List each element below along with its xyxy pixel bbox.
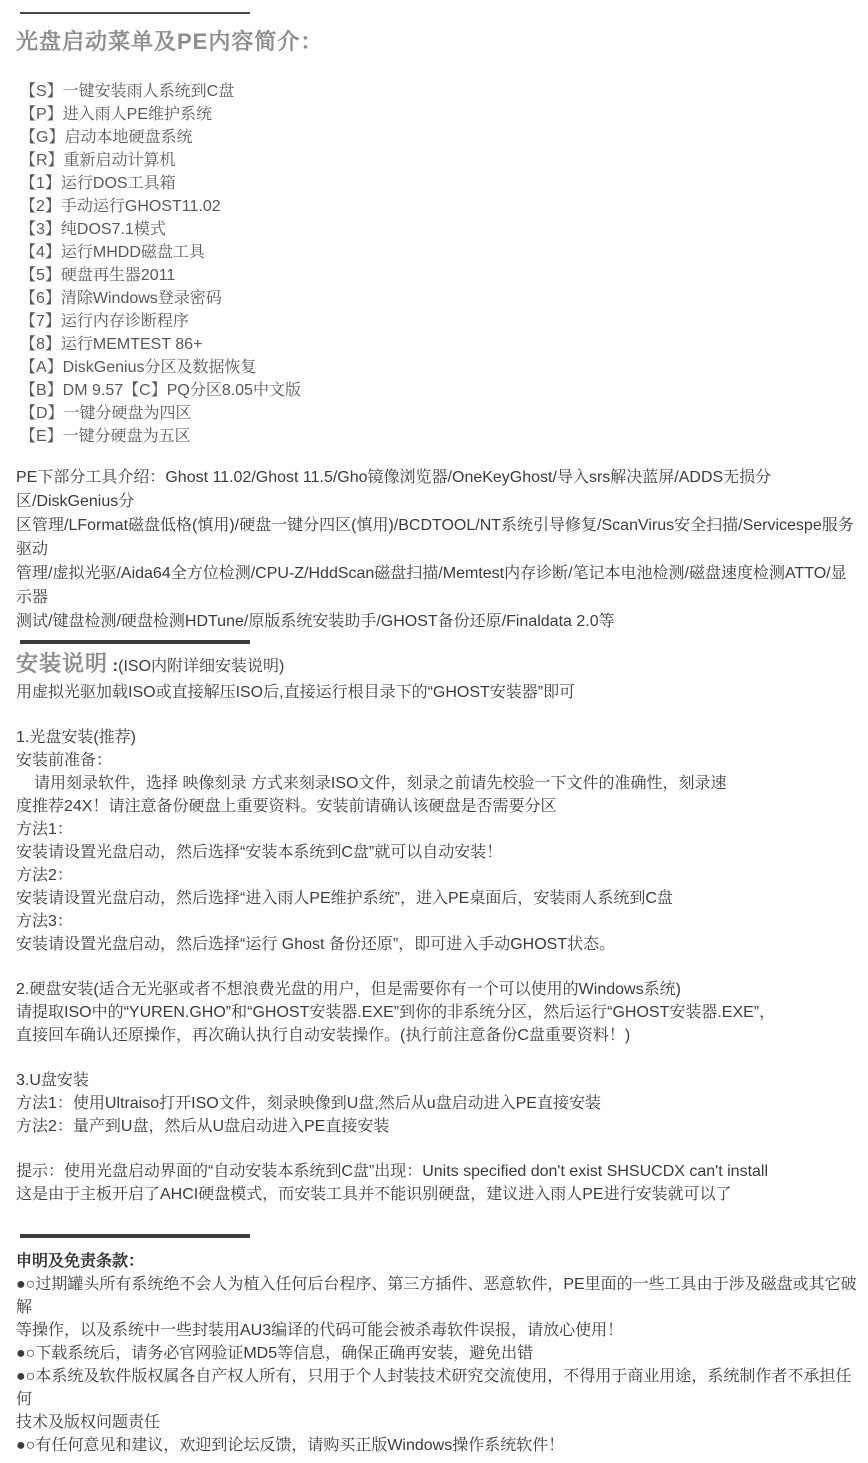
cd-install-method-line: 安装请设置光盘启动，然后选择“运行 Ghost 备份还原”，即可进入手动GHOS… (16, 933, 858, 956)
hdd-install-line: 请提取ISO中的“YUREN.GHO”和“GHOST安装器.EXE”到你的非系统… (16, 1001, 858, 1024)
install-heading-row: 安装说明 :(ISO内附详细安装说明) (16, 650, 858, 681)
readme-page: 光盘启动菜单及PE内容简介： 【S】一键安装雨人系统到C盘 【P】进入雨人PE维… (0, 0, 868, 1463)
hdd-install-line: 直接回车确认还原操作，再次确认执行自动安装操作。(执行前注意备份C盘重要资料！) (16, 1024, 858, 1047)
disclaimer-heading: 申明及免责条款： (16, 1250, 858, 1273)
boot-menu-item: 【G】启动本地硬盘系统 (20, 126, 858, 149)
boot-menu-item: 【B】DM 9.57【C】PQ分区8.05中文版 (20, 379, 858, 402)
install-heading: 安装说明 (16, 651, 108, 676)
install-divider (20, 640, 250, 644)
pe-tools-line: 区管理/LFormat磁盘低格(慎用)/硬盘一键分四区(慎用)/BCDTOOL/… (16, 514, 858, 562)
cd-install-method-line: 安装请设置光盘启动，然后选择“安装本系统到C盘”就可以自动安装！ (16, 841, 858, 864)
disclaimer-line: 等操作，以及系统中一些封装用AU3编译的代码可能会被杀毒软件误报，请放心使用！ (16, 1319, 858, 1342)
usb-install-method-line: 方法2：量产到U盘，然后从U盘启动进入PE直接安装 (16, 1115, 858, 1138)
boot-menu-item: 【R】重新启动计算机 (20, 149, 858, 172)
usb-install-title: 3.U盘安装 (16, 1069, 858, 1092)
boot-menu-item: 【3】纯DOS7.1模式 (20, 218, 858, 241)
disclaimer-line: 技术及版权问题责任 (16, 1411, 858, 1434)
boot-menu-item: 【8】运行MEMTEST 86+ (20, 333, 858, 356)
boot-menu-item: 【E】一键分硬盘为五区 (20, 425, 858, 448)
boot-menu-item: 【5】硬盘再生器2011 (20, 264, 858, 287)
boot-menu-item: 【4】运行MHDD磁盘工具 (20, 241, 858, 264)
install-heading-note: (ISO内附详细安装说明) (118, 658, 284, 675)
hdd-install-title: 2.硬盘安装(适合无光驱或者不想浪费光盘的用户，但是需要你有一个可以使用的Win… (16, 978, 858, 1001)
pe-tools-line: 测试/键盘检测/硬盘检测HDTune/原版系统安装助手/GHOST备份还原/Fi… (16, 610, 858, 634)
install-tip-line: 这是由于主板开启了AHCI硬盘模式，而安装工具并不能识别硬盘，建议进入雨人PE进… (16, 1183, 858, 1206)
usb-install-method-line: 方法1：使用Ultraiso打开ISO文件，刻录映像到U盘,然后从u盘启动进入P… (16, 1092, 858, 1115)
boot-menu-item: 【D】一键分硬盘为四区 (20, 402, 858, 425)
cd-install-prep-line: 度推荐24X！请注意备份硬盘上重要资料。安装前请确认该硬盘是否需要分区 (16, 795, 858, 818)
disclaimer-line: ●○有任何意见和建议，欢迎到论坛反馈，请购买正版Windows操作系统软件！ (16, 1434, 858, 1457)
boot-menu-item: 【A】DiskGenius分区及数据恢复 (20, 356, 858, 379)
disclaimer-divider (20, 1234, 250, 1238)
install-tip-line: 提示：使用光盘启动界面的“自动安装本系统到C盘”出现：Units specifi… (16, 1160, 858, 1183)
disclaimer-line: ●○过期罐头所有系统绝不会人为植入任何后台程序、第三方插件、恶意软件，PE里面的… (16, 1273, 858, 1319)
install-intro-line: 用虚拟光驱加载ISO或直接解压ISO后,直接运行根目录下的“GHOST安装器”即… (16, 681, 858, 704)
cd-install-title: 1.光盘安装(推荐) (16, 726, 858, 749)
boot-menu-item: 【2】手动运行GHOST11.02 (20, 195, 858, 218)
boot-menu-item: 【6】清除Windows登录密码 (20, 287, 858, 310)
cd-install-method-label: 方法3： (16, 910, 858, 933)
boot-menu-item: 【P】进入雨人PE维护系统 (20, 103, 858, 126)
pe-tools-line: PE下部分工具介绍：Ghost 11.02/Ghost 11.5/Gho镜像浏览… (16, 466, 858, 514)
pe-tools-paragraph: PE下部分工具介绍：Ghost 11.02/Ghost 11.5/Gho镜像浏览… (16, 466, 858, 634)
top-divider (20, 12, 250, 14)
disclaimer-line: ●○下载系统后，请务必官网验证MD5等信息，确保正确再安装，避免出错 (16, 1342, 858, 1365)
cd-install-prep-line: 请用刻录软件，选择 映像刻录 方式来刻录ISO文件，刻录之前请先校验一下文件的准… (16, 772, 858, 795)
boot-menu-item: 【1】运行DOS工具箱 (20, 172, 858, 195)
page-title: 光盘启动菜单及PE内容简介： (16, 29, 858, 55)
boot-menu-item: 【7】运行内存诊断程序 (20, 310, 858, 333)
cd-install-prep-label: 安装前准备： (16, 749, 858, 772)
pe-tools-line: 管理/虚拟光驱/Aida64全方位检测/CPU-Z/HddScan磁盘扫描/Me… (16, 562, 858, 610)
cd-install-method-line: 安装请设置光盘启动，然后选择“进入雨人PE维护系统”，进入PE桌面后，安装雨人系… (16, 887, 858, 910)
cd-install-method-label: 方法1： (16, 818, 858, 841)
boot-menu-list: 【S】一键安装雨人系统到C盘 【P】进入雨人PE维护系统 【G】启动本地硬盘系统… (20, 80, 858, 448)
cd-install-method-label: 方法2： (16, 864, 858, 887)
disclaimer-line: ●○本系统及软件版权属各自产权人所有，只用于个人封装技术研究交流使用，不得用于商… (16, 1365, 858, 1411)
boot-menu-item: 【S】一键安装雨人系统到C盘 (20, 80, 858, 103)
